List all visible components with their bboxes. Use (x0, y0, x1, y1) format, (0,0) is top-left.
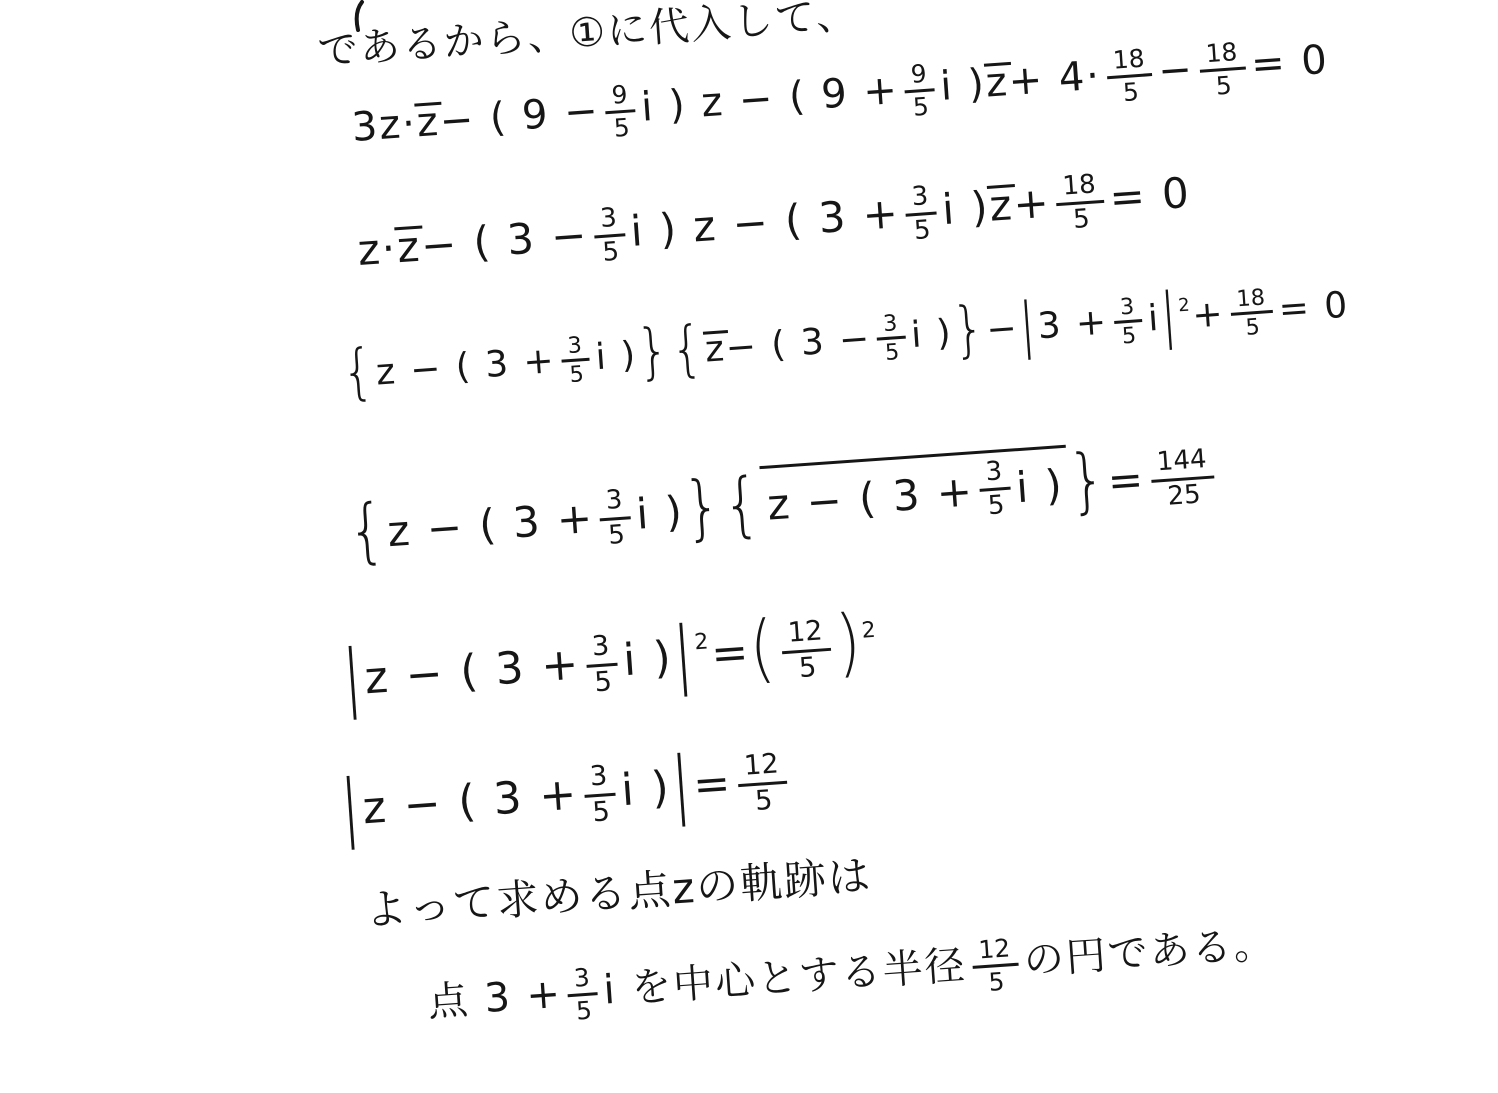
math-text: i ) z − ( 9 + (640, 68, 901, 130)
delimiter: | (1016, 291, 1040, 359)
math-text: = 0 (1108, 170, 1192, 222)
fraction-denominator: 5 (607, 519, 626, 550)
fraction-denominator: 5 (1215, 70, 1233, 100)
fraction-denominator: 5 (569, 362, 585, 389)
note-lines: であるから、①に代入して、3z·z − ( 9 − 95 i ) z − ( 9… (0, 0, 1498, 1093)
math-text: = 0 (1277, 286, 1350, 330)
math-text: − ( 3 − (725, 319, 873, 369)
fraction-denominator: 25 (1166, 479, 1201, 511)
math-text: の円である。 (1022, 922, 1276, 983)
math-text: 点 3 + (426, 972, 563, 1025)
fraction-numerator: 3 (592, 203, 625, 238)
delimiter: } (681, 468, 726, 548)
fraction: 14425 (1149, 445, 1217, 513)
fraction-denominator: 5 (987, 490, 1006, 521)
delimiter: | (668, 744, 696, 827)
math-text: i を中心とする半径 (602, 944, 968, 1013)
math-text: + (1191, 294, 1226, 336)
fraction: 35 (598, 486, 633, 551)
line-concl2: 点 3 + 35 i を中心とする半径 125 の円である。 (426, 916, 1278, 1036)
math-text: z − ( 3 + (375, 341, 557, 393)
math-text: i ) (635, 488, 686, 537)
fraction-numerator: 12 (780, 616, 831, 654)
delimiter: } (1066, 441, 1111, 521)
math-text: = (692, 760, 734, 811)
fraction-denominator: 5 (1072, 204, 1091, 235)
superscript: 2 (694, 631, 712, 656)
fraction: 185 (1105, 44, 1155, 108)
fraction-denominator: 5 (591, 796, 611, 829)
fraction-numerator: 3 (582, 761, 616, 798)
fraction-numerator: 3 (875, 310, 905, 341)
math-text: i ) (941, 184, 992, 233)
math-text: 3 + (1036, 302, 1109, 346)
fraction: 95 (604, 80, 638, 142)
line-eq5: | z − ( 3 + 35 i ) |2 = (125)2 (340, 608, 882, 717)
fraction-denominator: 5 (912, 92, 930, 122)
fraction-denominator: 5 (593, 666, 613, 699)
fraction-numerator: 3 (1112, 294, 1142, 325)
math-text: i ) z − ( 3 + (629, 190, 901, 255)
fraction: 35 (582, 761, 618, 829)
delimiter: ) (834, 602, 866, 685)
fraction: 35 (592, 203, 627, 268)
fraction: 185 (1198, 38, 1248, 102)
delimiter: { (345, 491, 390, 571)
fraction-denominator: 5 (1122, 77, 1140, 107)
fraction: 95 (903, 59, 937, 121)
math-text: i ) (594, 335, 638, 377)
fraction-numerator: 12 (971, 934, 1019, 969)
fraction-denominator: 5 (1121, 323, 1137, 350)
line-eq3: { z − ( 3 + 35 i ) }{ z − ( 3 − 35 i ) }… (340, 275, 1351, 405)
fraction-numerator: 18 (1229, 284, 1273, 316)
fraction: 35 (584, 631, 620, 699)
fraction-numerator: 3 (904, 182, 937, 217)
fraction-numerator: 144 (1149, 445, 1215, 483)
delimiter: | (670, 614, 698, 697)
math-text: z − ( 3 + (361, 771, 580, 834)
superscript: 2 (1178, 295, 1193, 316)
fraction-denominator: 5 (798, 652, 818, 685)
math-text: 3z· (350, 102, 418, 150)
math-text: − (985, 309, 1020, 351)
fraction-numerator: 3 (598, 486, 631, 521)
fraction: 35 (904, 182, 939, 247)
math-text: z − ( 3 + (766, 468, 976, 529)
math-text: i ) (620, 764, 673, 816)
overline-group: z − ( 3 + 35 i ) (760, 445, 1071, 538)
fraction-denominator: 5 (913, 215, 932, 246)
delimiter: } (950, 294, 989, 363)
math-text: i ) (622, 634, 675, 686)
math-text: − ( 9 − (438, 89, 601, 144)
delimiter: | (337, 767, 365, 850)
line-intro: であるから、①に代入して、 (316, 0, 859, 74)
math-text: = (710, 629, 752, 680)
fraction-numerator: 9 (903, 59, 935, 93)
line-eq2: z·z − ( 3 − 35 i ) z − ( 3 + 35 i ) z + … (356, 164, 1193, 285)
fraction: 35 (978, 457, 1013, 522)
conjugate-overbar: z (704, 329, 728, 370)
conjugate-overbar: z (396, 224, 423, 272)
fraction: 125 (736, 749, 789, 818)
fraction-numerator: 9 (604, 80, 636, 114)
delimiter: } (635, 317, 674, 386)
conjugate-overbar: z (988, 182, 1015, 230)
handwritten-page: であるから、①に代入して、3z·z − ( 9 − 95 i ) z − ( 9… (0, 0, 1498, 1093)
delimiter: { (720, 465, 765, 545)
math-text: − ( 3 − (420, 212, 590, 270)
fraction-denominator: 5 (613, 112, 631, 142)
fraction: 35 (875, 310, 907, 367)
fraction: 35 (566, 963, 600, 1025)
fraction-denominator: 5 (884, 340, 900, 367)
fraction-numerator: 3 (566, 963, 598, 997)
math-text: z· (356, 225, 399, 274)
fraction: 185 (1055, 170, 1106, 236)
math-text: + 4· (1007, 54, 1102, 104)
math-text: よって求める点zの軌跡は (363, 853, 873, 935)
fraction-numerator: 3 (560, 332, 590, 363)
fraction-denominator: 5 (575, 995, 593, 1025)
fraction-numerator: 12 (736, 749, 787, 787)
fraction-numerator: 3 (584, 631, 618, 668)
fraction: 35 (560, 332, 592, 389)
conjugate-overbar: z (984, 60, 1010, 105)
math-text: i ) (1015, 462, 1066, 511)
line-eq6: | z − ( 3 + 35 i ) | = 125 (338, 743, 796, 846)
fraction-numerator: 3 (978, 457, 1011, 492)
fraction-numerator: 18 (1055, 170, 1104, 206)
math-text: z − ( 3 + (386, 494, 596, 555)
delimiter: | (339, 637, 367, 720)
delimiter: | (1158, 281, 1182, 349)
math-text: + (1012, 180, 1052, 229)
fraction-denominator: 5 (602, 237, 621, 268)
fraction-numerator: 18 (1198, 38, 1246, 73)
fraction: 125 (971, 934, 1021, 998)
fraction: 125 (780, 616, 833, 685)
fraction-numerator: 18 (1105, 44, 1153, 79)
fraction-denominator: 5 (754, 785, 774, 818)
delimiter: { (669, 314, 708, 383)
math-text: = 0 (1250, 38, 1331, 87)
line-concl1: よって求める点zの軌跡は (363, 853, 873, 935)
delimiter: { (340, 337, 379, 406)
delimiter: ( (747, 608, 779, 691)
fraction: 35 (1112, 294, 1144, 351)
fraction-denominator: 5 (1245, 314, 1261, 341)
math-text: z − ( 3 + (363, 641, 582, 704)
conjugate-overbar: z (415, 100, 441, 145)
math-text: = (1106, 456, 1146, 505)
fraction: 185 (1229, 284, 1275, 342)
math-text: i ) (939, 62, 987, 109)
line-eq4: { z − ( 3 + 35 i ) }{ z − ( 3 + 35 i ) }… (345, 434, 1222, 569)
math-text: であるから、①に代入して、 (316, 0, 859, 74)
math-text: i ) (910, 313, 954, 355)
math-text: − (1157, 47, 1195, 93)
fraction-denominator: 5 (988, 967, 1006, 997)
superscript: 2 (861, 619, 879, 644)
